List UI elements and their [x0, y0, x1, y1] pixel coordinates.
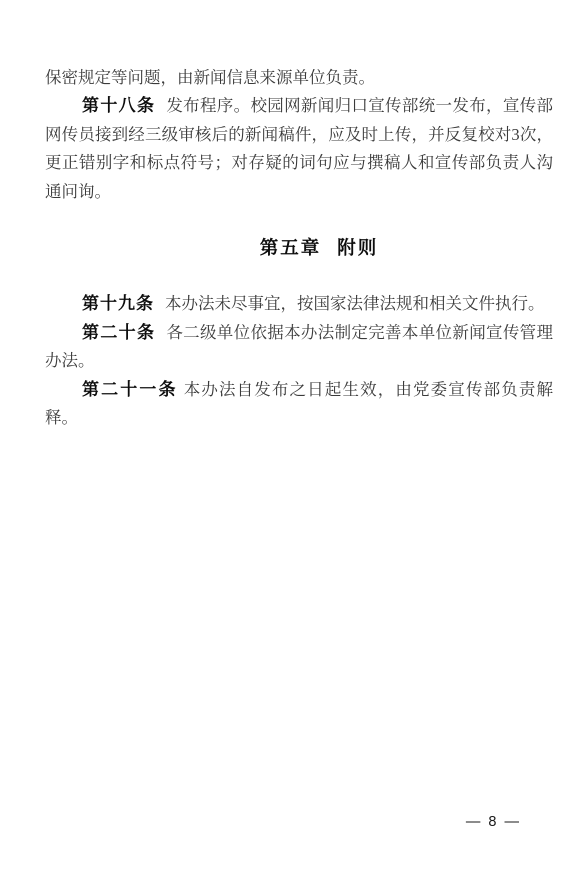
article-label-20: 第二十条 — [82, 323, 155, 342]
paragraph-continuation-line: 保密规定等问题，由新闻信息来源单位负责。 — [45, 64, 553, 92]
article-paragraph-20: 第二十条各二级单位依据本办法制定完善本单位新闻宣传管理办法。 — [45, 319, 553, 376]
article-label-18: 第十八条 — [82, 96, 155, 115]
article-text-19: 本办法未尽事宜，按国家法律法规和相关文件执行。 — [165, 294, 545, 313]
chapter-number: 第五章 — [260, 237, 322, 258]
page-number: — 8 — — [466, 814, 521, 830]
article-label-19: 第十九条 — [82, 294, 154, 313]
article-paragraph-18: 第十八条发布程序。校园网新闻归口宣传部统一发布，宣传部网传员接到经三级审核后的新… — [45, 92, 553, 206]
chapter-heading: 第五章附则 — [45, 234, 553, 262]
body-text: 保密规定等问题，由新闻信息来源单位负责。 第十八条发布程序。校园网新闻归口宣传部… — [0, 0, 579, 432]
article-paragraph-19: 第十九条本办法未尽事宜，按国家法律法规和相关文件执行。 — [45, 290, 553, 318]
chapter-title: 附则 — [337, 237, 378, 258]
document-page: 保密规定等问题，由新闻信息来源单位负责。 第十八条发布程序。校园网新闻归口宣传部… — [0, 0, 579, 869]
article-paragraph-21: 第二十一条本办法自发布之日起生效，由党委宣传部负责解释。 — [45, 376, 553, 433]
article-label-21: 第二十一条 — [82, 380, 178, 399]
